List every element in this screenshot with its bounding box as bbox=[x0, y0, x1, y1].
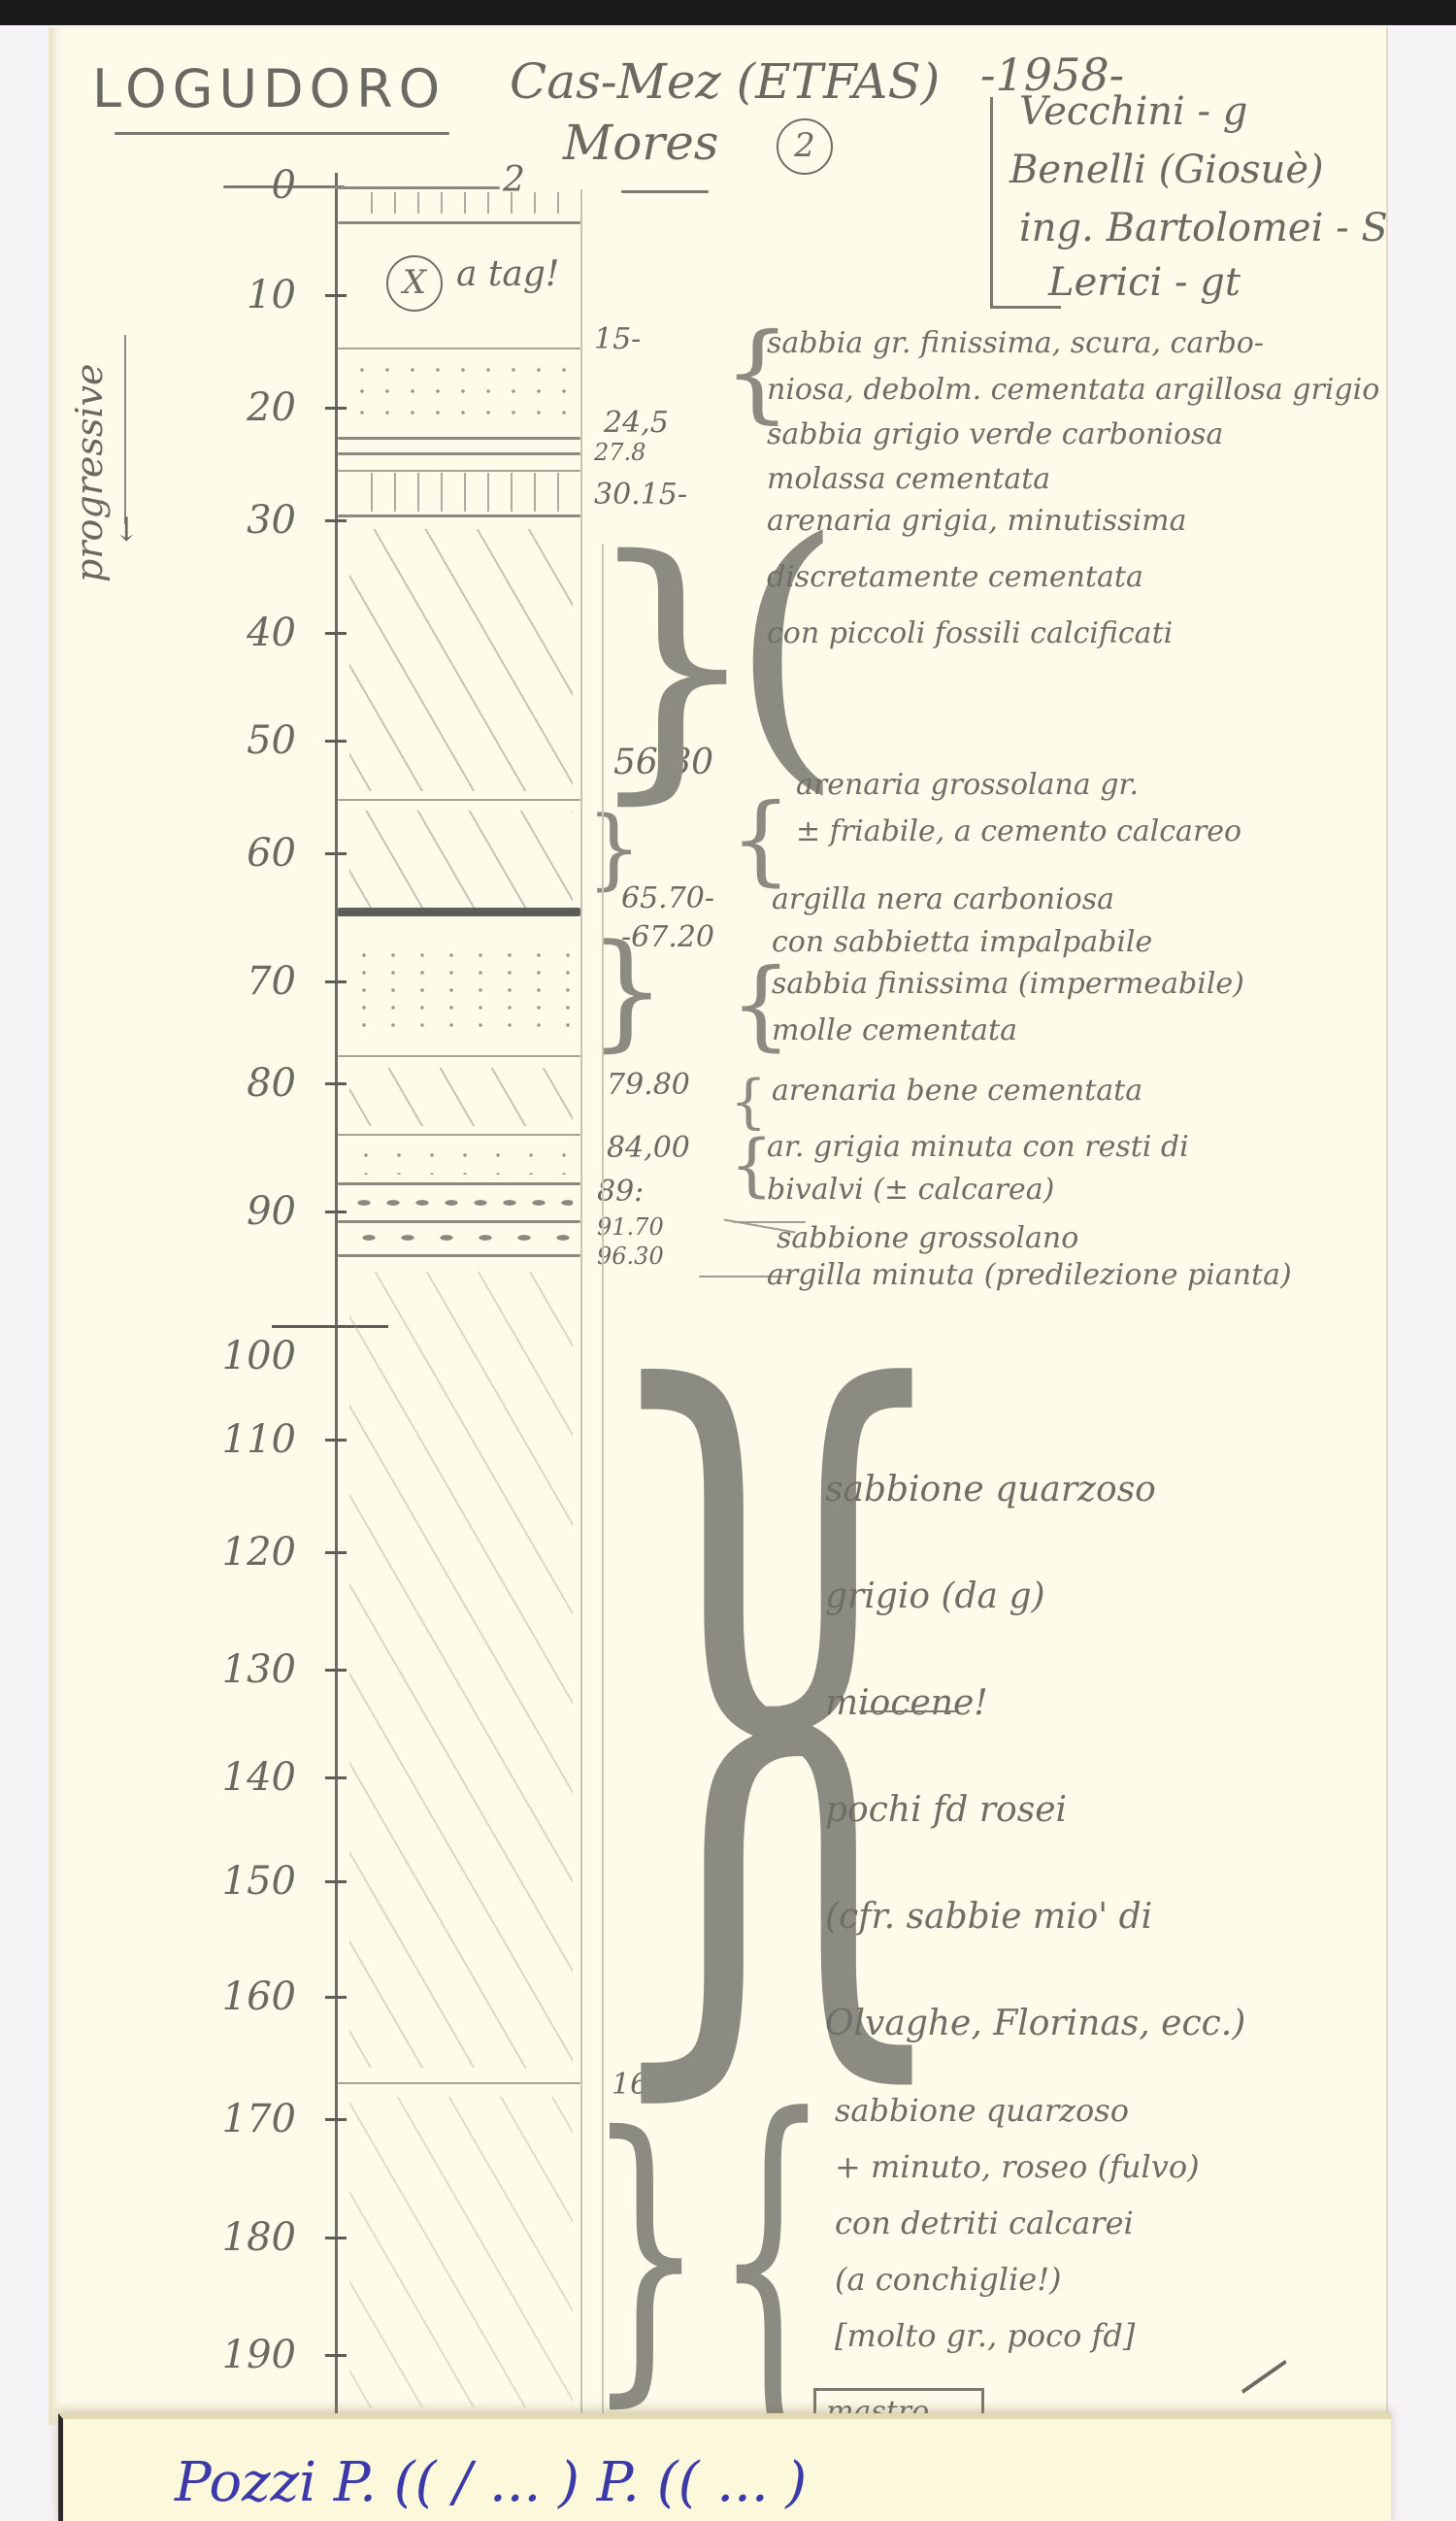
depth-label-120: 120 bbox=[189, 1530, 296, 1575]
layer-arenaria-pattern bbox=[349, 529, 573, 791]
region-title: LOGUDORO bbox=[92, 58, 446, 119]
brace-67-79: } bbox=[586, 927, 667, 1053]
title-underline bbox=[115, 132, 449, 135]
depth-label-70: 70 bbox=[189, 959, 296, 1004]
depth-label-170: 170 bbox=[189, 2097, 296, 2141]
layer-arenaria-cemented-pattern bbox=[349, 1068, 573, 1126]
depth-tick bbox=[325, 1996, 347, 1999]
zero-top-bound bbox=[335, 186, 500, 189]
description-65-67: argilla nera carboniosa con sabbietta im… bbox=[772, 879, 1152, 964]
depth-tick bbox=[325, 980, 347, 983]
layer-boundary-96-30 bbox=[338, 1254, 580, 1257]
depth-tick bbox=[325, 407, 347, 410]
layer-boundary-27-8 bbox=[338, 452, 580, 455]
boundary-label-79-80: 79.80 bbox=[607, 1068, 690, 1102]
participant-1: Vecchini - g bbox=[1019, 89, 1247, 134]
layer-boundary-79-80 bbox=[338, 1055, 580, 1057]
depth-label-20: 20 bbox=[189, 385, 296, 430]
description-15-24: sabbia gr. finissima, scura, carbo- nios… bbox=[767, 320, 1379, 414]
depth-tick bbox=[325, 1439, 347, 1442]
top-note: a tag! bbox=[456, 254, 559, 294]
next-page-heading: Pozzi P. (( / ... ) P. (( ... ) bbox=[175, 2451, 807, 2514]
guide-line bbox=[602, 544, 604, 2427]
boundary-label-84: 84,00 bbox=[607, 1131, 690, 1165]
layer-bivalve-pattern bbox=[349, 1145, 573, 1175]
participant-2: Benelli (Giosuè) bbox=[1009, 148, 1324, 192]
depth-label-190: 190 bbox=[189, 2333, 296, 2377]
brace-56-65: } bbox=[586, 806, 642, 893]
description-84-89: ar. grigia minuta con resti di bivalvi (… bbox=[767, 1126, 1189, 1211]
layer-sabbia-pattern bbox=[349, 946, 573, 1034]
depth-label-130: 130 bbox=[189, 1647, 296, 1692]
depth-tick bbox=[325, 1551, 347, 1554]
depth-tick bbox=[325, 632, 347, 635]
depth-label-150: 150 bbox=[189, 1859, 296, 1904]
layer-boundary-65-70-clay bbox=[338, 908, 580, 916]
layer-sabbione-roseo-pattern bbox=[349, 2097, 573, 2407]
depth-label-0: 0 bbox=[189, 163, 296, 208]
layer-boundary-91-70 bbox=[338, 1220, 580, 1223]
miocene-underline bbox=[859, 1710, 956, 1712]
depth-tick bbox=[325, 2118, 347, 2121]
depth-label-60: 60 bbox=[189, 831, 296, 876]
layer-boundary-15 bbox=[338, 348, 580, 349]
description-79-84: arenaria bene cementata bbox=[772, 1068, 1142, 1114]
depth-tick bbox=[325, 740, 347, 743]
depth-tick bbox=[325, 1880, 347, 1883]
layer-boundary-56-80 bbox=[338, 799, 580, 801]
description-67-79: sabbia finissima (impermeabile) molle ce… bbox=[772, 961, 1244, 1054]
boundary-label-27-8: 27.8 bbox=[594, 439, 645, 466]
depth-tick bbox=[325, 1669, 347, 1672]
depth-tick bbox=[325, 294, 347, 297]
zero-ground-line bbox=[621, 190, 709, 193]
layer-sabbione-pattern bbox=[349, 1272, 573, 2068]
progressive-axis-note: progressive bbox=[68, 364, 111, 582]
depth-label-10: 10 bbox=[189, 273, 296, 317]
desc-brace-168: { bbox=[713, 2073, 831, 2441]
layer-boundary-89 bbox=[338, 1182, 580, 1185]
description-56-65: arenaria grossolana gr. ± friabile, a ce… bbox=[796, 762, 1241, 855]
layer-boundary-84 bbox=[338, 1134, 580, 1136]
description-96-168: sabbione quarzoso grigio (da g) miocene!… bbox=[825, 1437, 1245, 2077]
participant-4: Lerici - gt bbox=[1048, 260, 1241, 305]
depth-tick bbox=[325, 519, 347, 522]
depth-label-80: 80 bbox=[189, 1061, 296, 1106]
depth-axis bbox=[335, 173, 338, 2417]
depth-label-140: 140 bbox=[189, 1755, 296, 1800]
description-24-27: sabbia grigio verde carboniosa bbox=[767, 412, 1223, 458]
depth-label-30: 30 bbox=[189, 498, 296, 543]
depth-tick bbox=[325, 852, 347, 855]
depth-label-160: 160 bbox=[189, 1974, 296, 2019]
depth-label-40: 40 bbox=[189, 611, 296, 655]
depth-label-90: 90 bbox=[189, 1189, 296, 1234]
circled-x-symbol: X bbox=[386, 255, 443, 312]
layer-boundary bbox=[338, 470, 580, 472]
boundary-label-24-5: 24,5 bbox=[604, 406, 669, 440]
depth-tick bbox=[325, 1082, 347, 1085]
layer-coarse-sand-pattern bbox=[349, 1231, 573, 1246]
layer-boundary-30-15 bbox=[338, 514, 580, 517]
depth-tick bbox=[325, 2237, 347, 2239]
layer-boundary-168-80 bbox=[338, 2082, 580, 2084]
progressive-arrow-line bbox=[124, 335, 126, 524]
depth-label-100: 100 bbox=[189, 1334, 296, 1378]
layer-molassa-pattern bbox=[349, 473, 573, 512]
depth-label-110: 110 bbox=[189, 1417, 296, 1462]
layer-boundary bbox=[338, 221, 580, 224]
desc-brace-56: { bbox=[730, 791, 792, 888]
depth-tick bbox=[325, 2354, 347, 2357]
depth-tick bbox=[325, 1211, 347, 1213]
locality-title: Cas-Mez (ETFAS) bbox=[510, 53, 940, 110]
boundary-label-89: 89: bbox=[597, 1175, 644, 1209]
description-30-56: arenaria grigia, minutissima discretamen… bbox=[767, 493, 1187, 662]
site-number-circle: 2 bbox=[777, 118, 833, 175]
down-arrow-icon: ↓ bbox=[113, 511, 141, 549]
layer-gravel-pattern bbox=[349, 1196, 573, 1211]
layer-topsoil-pattern bbox=[349, 192, 573, 214]
description-168-190: sabbione quarzoso + minuto, roseo (fulvo… bbox=[835, 2082, 1200, 2364]
layer-fine-sand-pattern bbox=[349, 359, 573, 432]
layer-arenaria-coarse-pattern bbox=[349, 811, 573, 908]
layer-boundary-24-5 bbox=[338, 437, 580, 440]
desc-brace-79: { bbox=[730, 1073, 767, 1131]
description-91-96: argilla minuta (predilezione pianta) bbox=[767, 1252, 1292, 1299]
depth-label-180: 180 bbox=[189, 2215, 296, 2260]
participant-3: ing. Bartolomei - S bbox=[1019, 206, 1388, 250]
scanner-top-edge bbox=[0, 0, 1456, 25]
depth-label-50: 50 bbox=[189, 718, 296, 763]
site-name: Mores bbox=[563, 115, 718, 171]
depth-tick bbox=[325, 1776, 347, 1779]
boundary-label-15: 15- bbox=[594, 322, 641, 356]
brace-168-190: } bbox=[586, 2097, 705, 2407]
